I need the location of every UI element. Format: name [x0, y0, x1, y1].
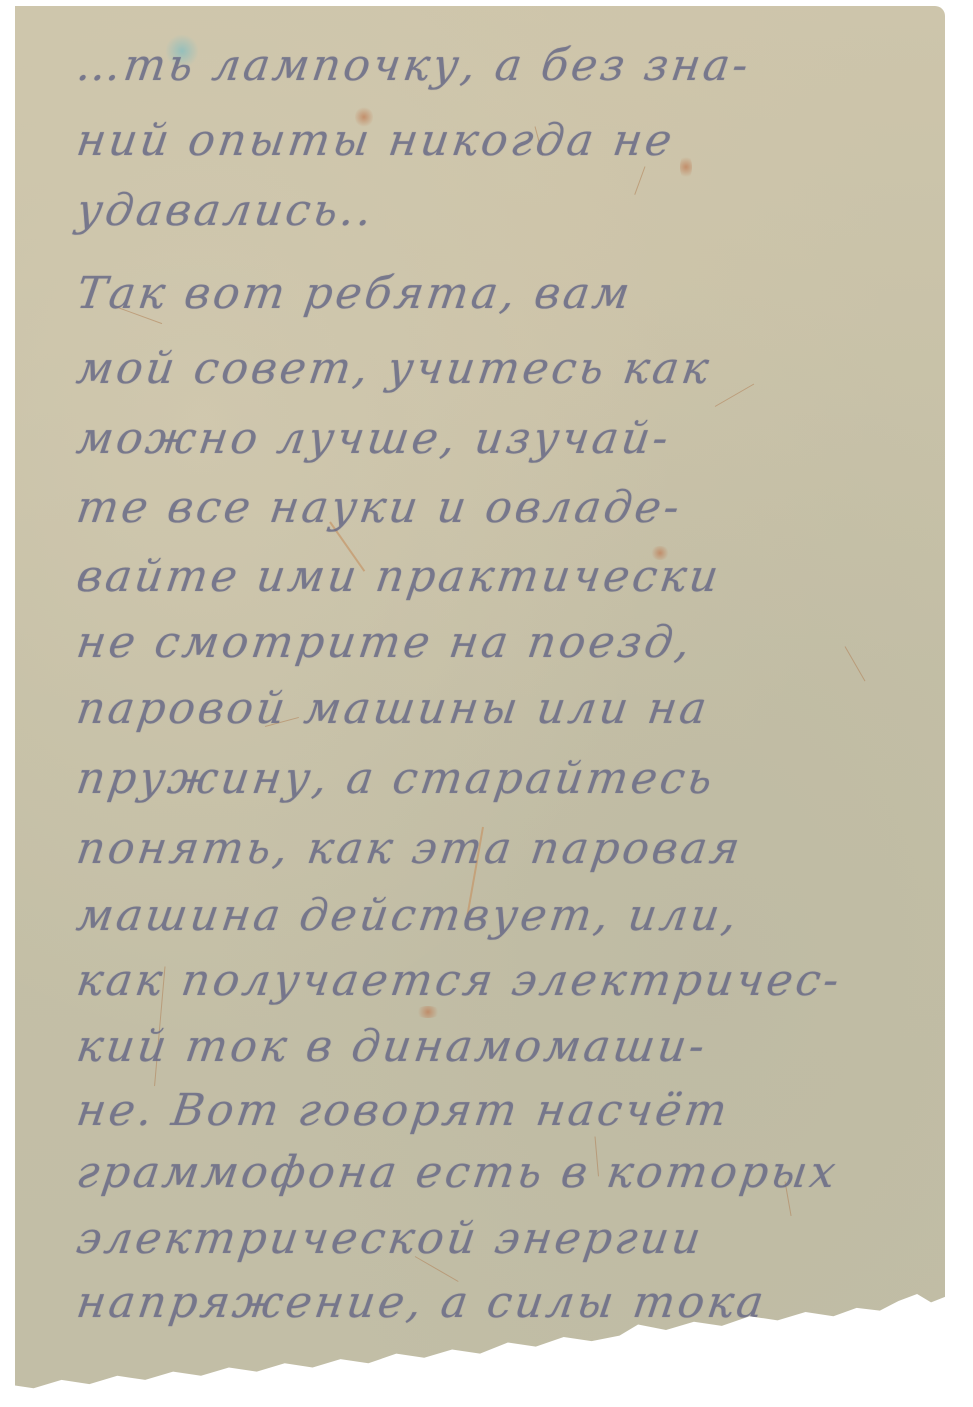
text-line: не. Вот говорят насчёт	[73, 1085, 733, 1136]
text-line: понять, как эта паровая	[73, 823, 745, 874]
text-line: как получается электричес-	[73, 955, 845, 1006]
text-line: пружину, а старайтесь	[73, 753, 718, 804]
text-line: напряжение, а силы тока	[73, 1277, 769, 1328]
text-line: Так вот ребята, вам	[73, 268, 635, 319]
text-line: вайте ими практически	[73, 551, 724, 602]
handwritten-text: …ть лампочку, а без зна- ний опыты никог…	[15, 6, 945, 1391]
text-line: кий ток в динамомаши-	[73, 1021, 710, 1072]
text-line: машина действует, или,	[73, 890, 742, 941]
letter-paper-sheet: …ть лампочку, а без зна- ний опыты никог…	[15, 6, 945, 1391]
text-line: те все науки и овладе-	[73, 482, 685, 533]
text-line: …ть лампочку, а без зна-	[73, 40, 754, 91]
text-line: удавались..	[73, 185, 378, 236]
text-line: граммофона есть в которых	[73, 1147, 841, 1198]
text-line: ний опыты никогда не	[73, 115, 677, 166]
text-line: мой совет, учитесь как	[73, 343, 714, 394]
text-line: не смотрите на поезд,	[73, 617, 696, 668]
text-line: можно лучше, изучай-	[73, 413, 674, 464]
text-line: паровой машины или на	[73, 683, 712, 734]
text-line: электрической энергии	[73, 1213, 706, 1264]
